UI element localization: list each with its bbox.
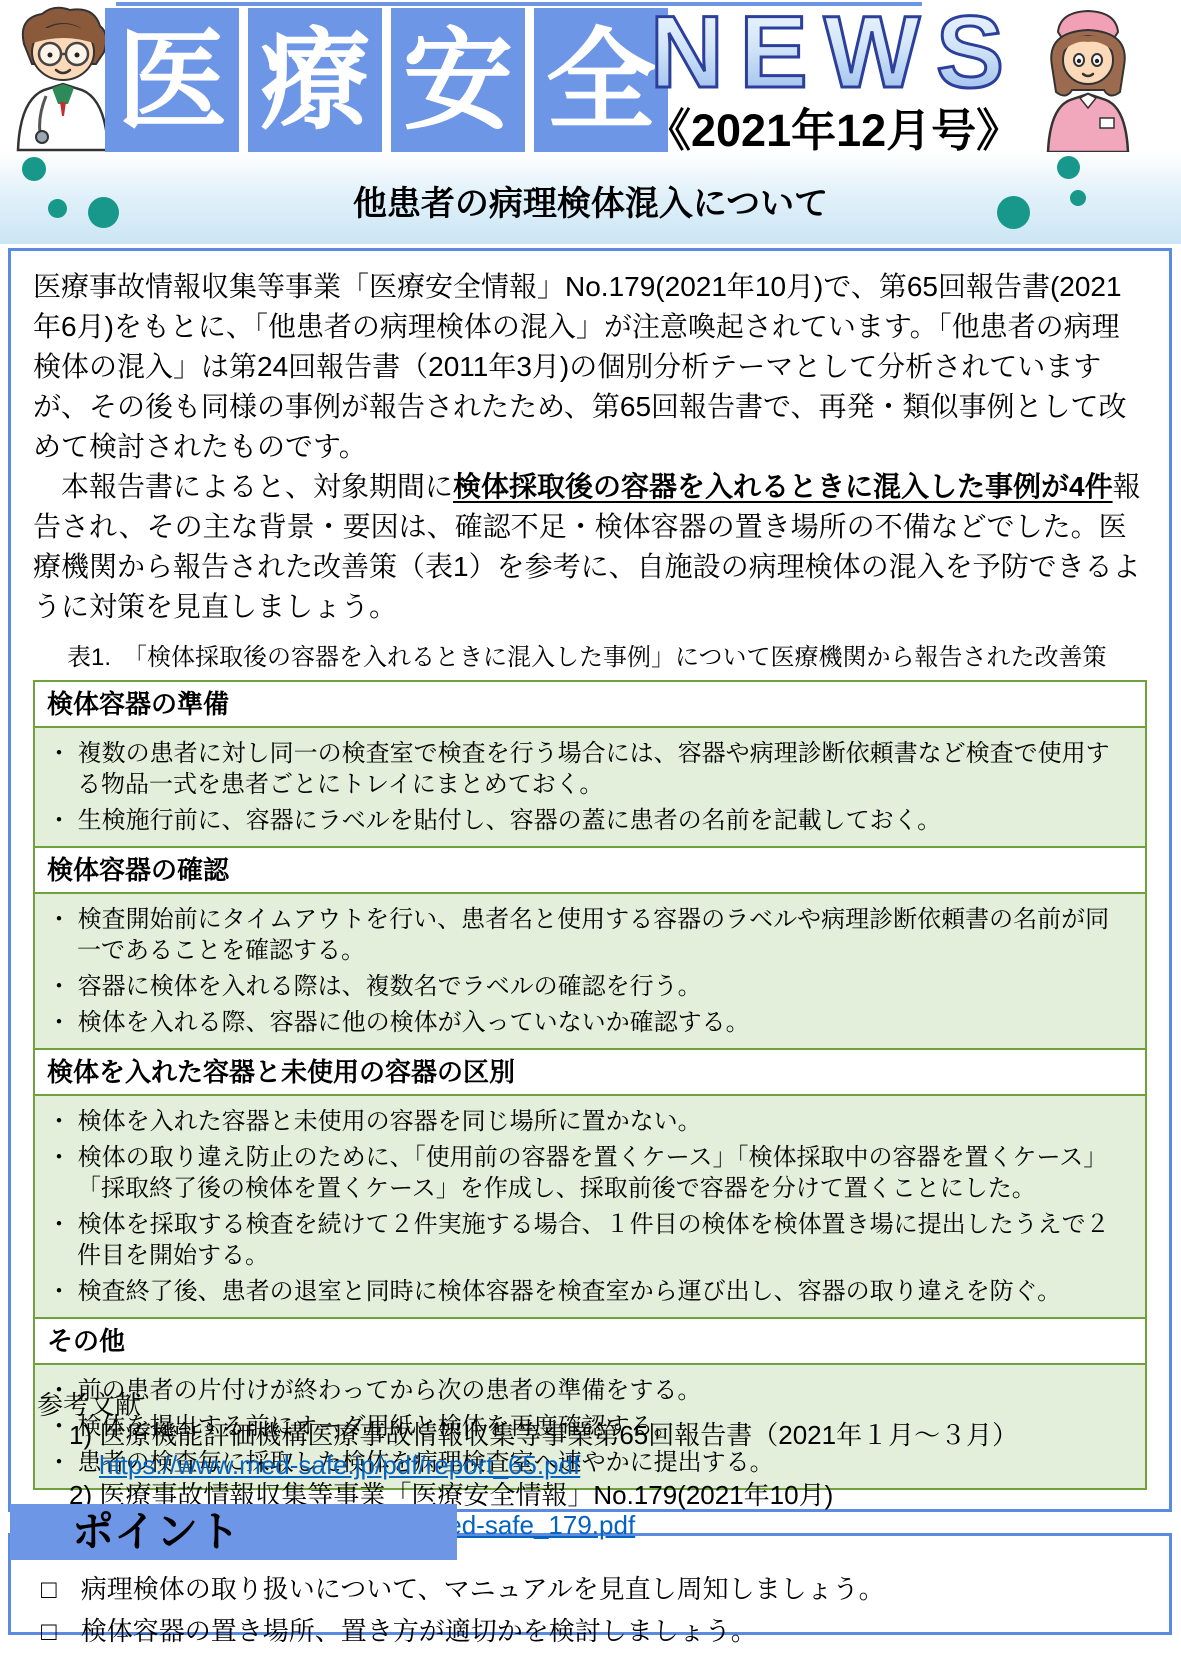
- logo-square-3: 安: [391, 8, 525, 155]
- logo-char: 全: [546, 27, 656, 137]
- table-item: ・ 検体の取り違え防止のために、「使用前の容器を置くケース」「検体採取中の容器を…: [47, 1142, 1133, 1204]
- table-item: ・ 検体を入れた容器と未使用の容器を同じ場所に置かない。: [47, 1106, 1133, 1137]
- table-section-items: ・ 複数の患者に対し同一の検査室で検査を行う場合には、容器や病理診断依頼書など検…: [35, 728, 1145, 848]
- logo-char: 医: [117, 27, 227, 137]
- table-section-header: 検体容器の準備: [35, 682, 1145, 728]
- nurse-illustration: [1036, 6, 1140, 152]
- checkbox-icon: □: [41, 1614, 57, 1648]
- improvement-table: 検体容器の準備・ 複数の患者に対し同一の検査室で検査を行う場合には、容器や病理診…: [33, 680, 1147, 1490]
- intro-paragraph-2: 本報告書によると、対象期間に検体採取後の容器を入れるときに混入した事例が4件報告…: [33, 467, 1147, 627]
- logo-square-2: 療: [248, 8, 382, 155]
- table-section-header: 検体を入れた容器と未使用の容器の区別: [35, 1050, 1145, 1096]
- table-caption: 表1. 「検体採取後の容器を入れるときに混入した事例」について医療機関から報告さ…: [67, 637, 1147, 672]
- point-item: □病理検体の取り扱いについて、マニュアルを見直し周知しましょう。: [41, 1572, 1169, 1606]
- page-title: 他患者の病理検体混入について: [0, 176, 1181, 225]
- table-section-items: ・ 検査開始前にタイムアウトを行い、患者名と使用する容器のラベルや病理診断依頼書…: [35, 894, 1145, 1050]
- table-section-header: 検体容器の確認: [35, 848, 1145, 894]
- p2-pre: 本報告書によると、対象期間に: [33, 471, 453, 502]
- logo-square-1: 医: [105, 8, 239, 155]
- table-item: ・ 容器に検体を入れる際は、複数名でラベルの確認を行う。: [47, 971, 1133, 1002]
- p2-emphasis: 検体採取後の容器を入れるときに混入した事例が4件: [453, 471, 1113, 502]
- table-section-header: その他: [35, 1319, 1145, 1365]
- intro-paragraph-1: 医療事故情報収集等事業「医療安全情報」No.179(2021年10月)で、第65…: [33, 267, 1147, 467]
- table-item: ・ 検体を入れる際、容器に他の検体が入っていないか確認する。: [47, 1007, 1133, 1038]
- table-item: ・ 複数の患者に対し同一の検査室で検査を行う場合には、容器や病理診断依頼書など検…: [47, 738, 1133, 800]
- main-content-box: 医療事故情報収集等事業「医療安全情報」No.179(2021年10月)で、第65…: [8, 248, 1172, 1512]
- point-item-text: 病理検体の取り扱いについて、マニュアルを見直し周知しましょう。: [81, 1572, 885, 1606]
- point-item-text: 検体容器の置き場所、置き方が適切かを検討しましょう。: [81, 1614, 757, 1648]
- subtitle-band: 他患者の病理検体混入について: [0, 152, 1181, 244]
- newsletter-page: 医療安全 NEWS 《2021年12月号》 他患者の病理検体混入について 医療事…: [0, 0, 1181, 1654]
- table-item: ・ 生検施行前に、容器にラベルを貼付し、容器の蓋に患者の名前を記載しておく。: [47, 805, 1133, 836]
- reference-link[interactable]: https://www.med-safe.jp/pdf/report_65.pd…: [99, 1450, 580, 1480]
- point-label-text: ポイント: [10, 1504, 457, 1560]
- newsletter-logo: 医療安全: [105, 8, 668, 155]
- table-item: ・ 検査終了後、患者の退室と同時に検体容器を検査室から運び出し、容器の取り違えを…: [47, 1276, 1133, 1307]
- table-item: ・ 検査開始前にタイムアウトを行い、患者名と使用する容器のラベルや病理診断依頼書…: [47, 904, 1133, 966]
- table-item: ・ 検体を採取する検査を続けて２件実施する場合、１件目の検体を検体置き場に提出し…: [47, 1209, 1133, 1271]
- logo-char: 安: [403, 27, 513, 137]
- table-section-items: ・ 検体を入れた容器と未使用の容器を同じ場所に置かない。・ 検体の取り違え防止の…: [35, 1096, 1145, 1319]
- issue-number: 《2021年12月号》: [646, 94, 1021, 159]
- logo-char: 療: [260, 27, 370, 137]
- checkbox-icon: □: [41, 1572, 57, 1606]
- reference-entry: 1) 医療機能評価機構医療事故情報収集等事業第65回報告書（2021年１月～３月…: [69, 1421, 1018, 1449]
- point-label-box: ポイント: [10, 1504, 457, 1560]
- point-item: □検体容器の置き場所、置き方が適切かを検討しましょう。: [41, 1614, 1169, 1648]
- references-title: 参考文献: [37, 1391, 1018, 1419]
- reference-url-line: https://www.med-safe.jp/pdf/report_65.pd…: [99, 1451, 1018, 1479]
